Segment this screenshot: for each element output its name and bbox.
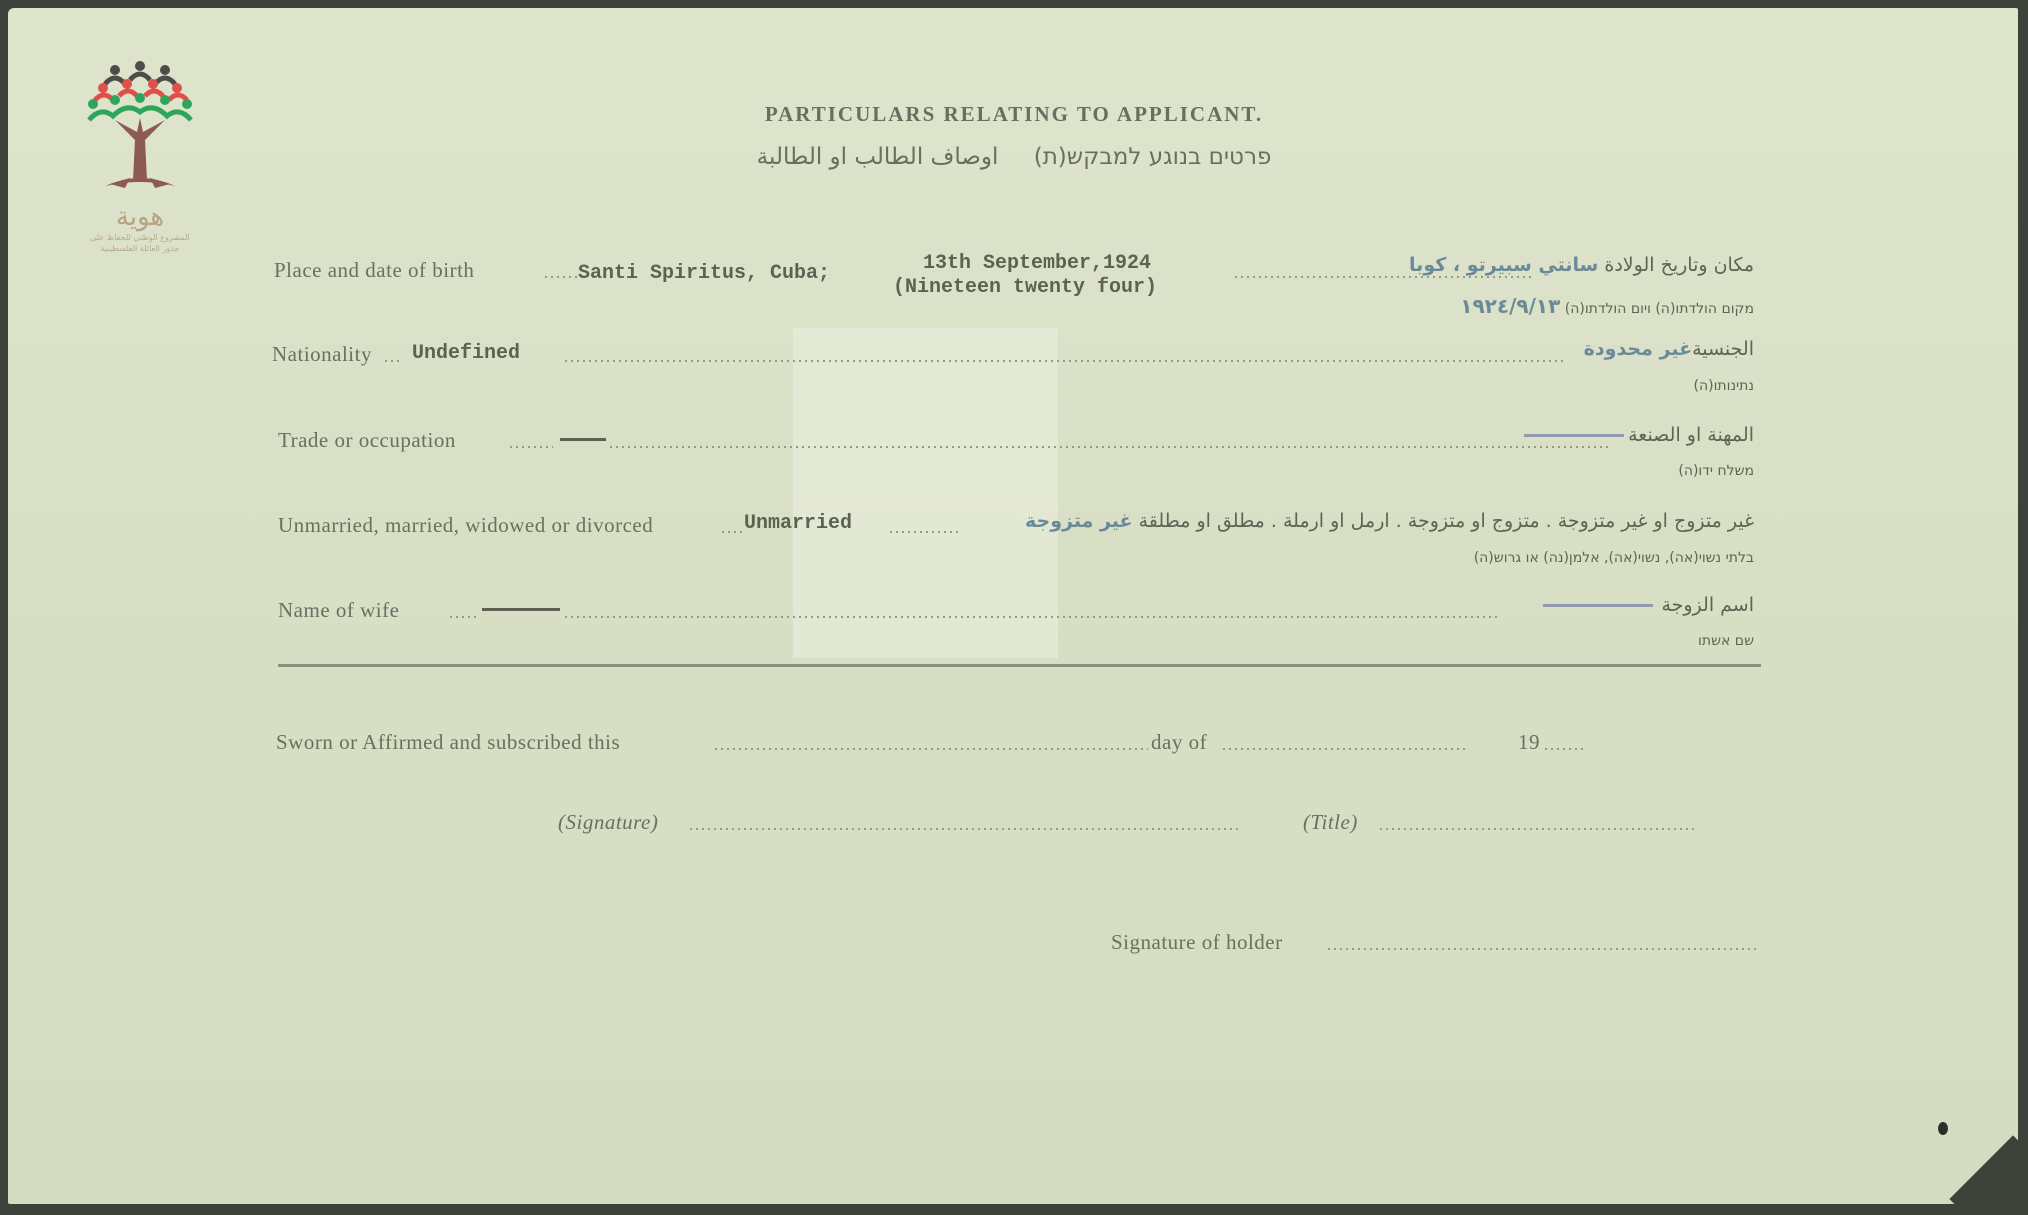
wife-label: Name of wife: [278, 598, 399, 623]
marital-arabic-value[interactable]: غير متزوجة: [1025, 510, 1133, 532]
birth-date-arabic-value[interactable]: ١٩٢٤/٩/١٣: [1460, 294, 1560, 318]
signature-label: (Signature): [558, 810, 658, 835]
day-of-label: day of: [1151, 730, 1207, 755]
sworn-year-field[interactable]: [1543, 748, 1585, 750]
marital-dotted-line: [888, 531, 958, 533]
page-subtitle: פרטים בנוגע למבקש(ת) اوصاف الطالب او الط…: [8, 144, 2018, 170]
occupation-arabic-value[interactable]: [1524, 434, 1624, 437]
year-prefix: 19: [1518, 730, 1540, 755]
wife-value[interactable]: [482, 608, 560, 611]
wife-arabic-value[interactable]: [1543, 604, 1653, 607]
birth-dotted-line-2: [1233, 276, 1533, 278]
holder-signature-field[interactable]: [1326, 948, 1758, 950]
ink-spot: [1938, 1122, 1948, 1135]
occupation-label-hebrew: משלח ידו(ה): [1678, 463, 1754, 479]
title-field[interactable]: [1378, 828, 1698, 830]
wife-dotted-line: [563, 616, 1498, 618]
marital-label: Unmarried, married, widowed or divorced: [278, 513, 653, 538]
birth-place-value[interactable]: Santi Spiritus, Cuba;: [578, 262, 830, 285]
birth-date-value[interactable]: 13th September,1924: [923, 252, 1151, 275]
marital-label-arabic: غير متزوج او غير متزوجة . متزوج او متزوج…: [1025, 510, 1754, 532]
marital-dots-a: [720, 531, 742, 533]
marital-label-hebrew: בלתי נשוי(אה), נשוי(אה), אלמן(נה) או גרו…: [1474, 550, 1754, 566]
nationality-label-arabic: الجنسيةغير محدودة: [1584, 338, 1754, 360]
nationality-label-hebrew: נתינותו(ה): [1694, 378, 1754, 394]
birth-place-arabic-value[interactable]: سانتي سبيرتو ، كوبا: [1409, 254, 1598, 276]
birth-label-hebrew: מקום הולדתו(ה) ויום הולדתו(ה) ١٩٢٤/٩/١٣: [1460, 294, 1754, 318]
sworn-day-field[interactable]: [713, 748, 1148, 750]
wife-dots-a: [448, 616, 478, 618]
occupation-label-arabic: المهنة او الصنعة: [1524, 424, 1754, 446]
document-sheet: هوية المشروع الوطني للحفاظ على جذور العا…: [8, 8, 2018, 1204]
birth-date-words[interactable]: (Nineteen twenty four): [893, 276, 1157, 299]
nationality-label: Nationality: [272, 342, 372, 367]
birth-label: Place and date of birth: [274, 258, 474, 283]
logo-subtitle-line1: المشروع الوطني للحفاظ على: [70, 232, 210, 243]
section-divider: [278, 664, 1761, 667]
occupation-label: Trade or occupation: [278, 428, 456, 453]
sworn-label: Sworn or Affirmed and subscribed this: [276, 730, 620, 755]
subtitle-hebrew: פרטים בנוגע למבקש(ת): [1034, 144, 1272, 170]
occupation-dots-a: [508, 446, 553, 448]
page-title: PARTICULARS RELATING TO APPLICANT.: [8, 102, 2018, 127]
sworn-month-field[interactable]: [1221, 748, 1466, 750]
title-label: (Title): [1303, 810, 1358, 835]
nationality-dotted-line: [563, 360, 1563, 362]
family-tree-icon: [85, 60, 195, 200]
subtitle-arabic: اوصاف الطالب او الطالبة: [757, 144, 999, 170]
birth-label-arabic: مكان وتاريخ الولادة سانتي سبيرتو ، كوبا: [1409, 254, 1754, 276]
nationality-value[interactable]: Undefined: [412, 342, 520, 365]
marital-value[interactable]: Unmarried: [744, 512, 852, 535]
nationality-arabic-value[interactable]: غير محدودة: [1584, 338, 1692, 360]
birth-dotted-line: [543, 276, 583, 278]
nationality-dots-a: [383, 360, 401, 362]
holder-signature-label: Signature of holder: [1111, 930, 1283, 955]
logo-title: هوية: [70, 202, 210, 232]
wife-label-arabic: اسم الزوجة: [1543, 594, 1754, 616]
signature-field[interactable]: [688, 828, 1240, 830]
logo-subtitle-line2: جذور العائلة الفلسطينية: [70, 243, 210, 254]
wife-label-hebrew: שם אשתו: [1698, 633, 1754, 649]
bleed-through-area: [793, 328, 1058, 658]
occupation-dotted-line: [608, 446, 1608, 448]
occupation-value[interactable]: [560, 438, 606, 441]
